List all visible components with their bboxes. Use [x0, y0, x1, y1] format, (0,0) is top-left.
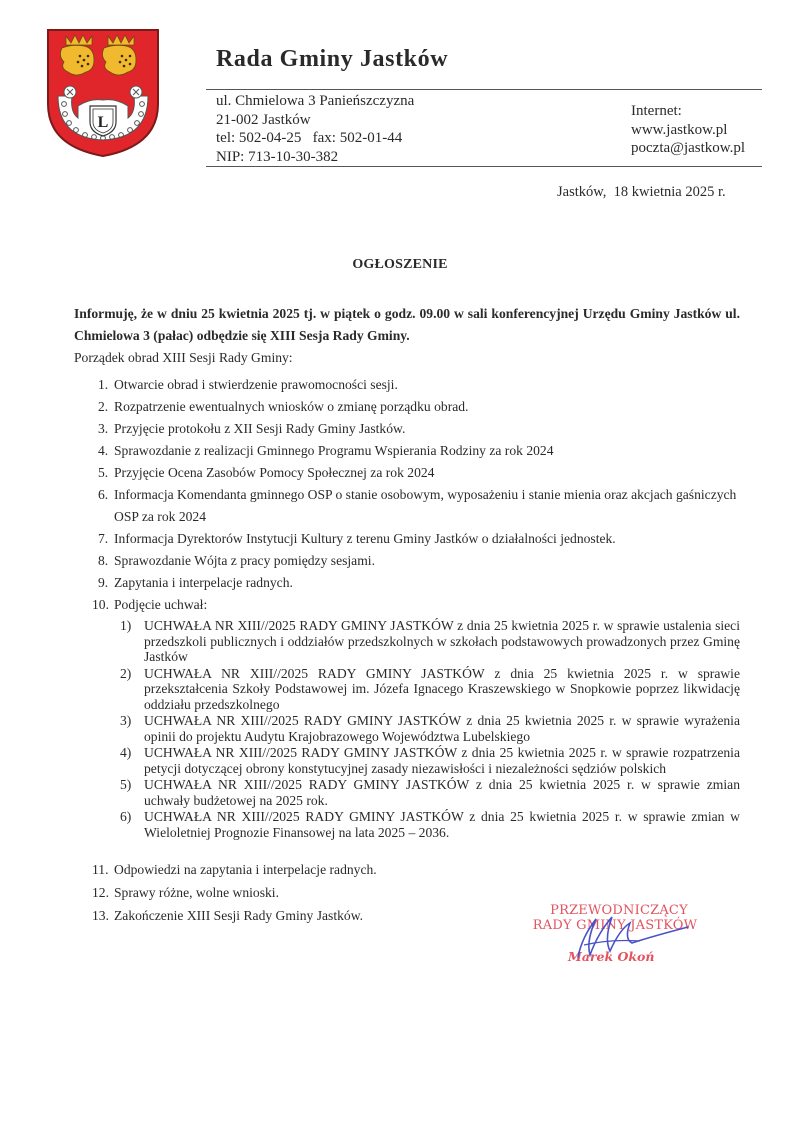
agenda-list: 1.Otwarcie obrad i stwierdzenie prawomoc…: [74, 374, 740, 841]
agenda-item: 5.Przyjęcie Ocena Zasobów Pomocy Społecz…: [74, 462, 740, 484]
agenda-item: 9.Zapytania i interpelacje radnych.: [74, 572, 740, 594]
coat-of-arms-icon: L: [44, 26, 162, 160]
contact-label: Internet:: [631, 102, 745, 121]
contact-block: Internet: www.jastkow.pl poczta@jastkow.…: [631, 102, 745, 158]
header-divider-bottom: [206, 166, 762, 167]
agenda-title: Porządek obrad XIII Sesji Rady Gminy:: [74, 350, 293, 366]
agenda-item: 8.Sprawozdanie Wójta z pracy pomiędzy se…: [74, 550, 740, 572]
address-block: ul. Chmielowa 3 Panieńszczyzna 21-002 Ja…: [216, 92, 414, 166]
resolution-item: 3)UCHWAŁA NR XIII//2025 RADY GMINY JASTK…: [114, 713, 740, 744]
address-phone: tel: 502-04-25 fax: 502-01-44: [216, 129, 414, 148]
agenda-item: 1.Otwarcie obrad i stwierdzenie prawomoc…: [74, 374, 740, 396]
address-street: ul. Chmielowa 3 Panieńszczyzna: [216, 92, 414, 111]
agenda-item: 3.Przyjęcie protokołu z XII Sesji Rady G…: [74, 418, 740, 440]
email-link[interactable]: poczta@jastkow.pl: [631, 139, 745, 158]
agenda-item: 10.Podjęcie uchwał:: [74, 594, 740, 616]
resolution-item: 1)UCHWAŁA NR XIII//2025 RADY GMINY JASTK…: [114, 618, 740, 665]
resolution-item: 5)UCHWAŁA NR XIII//2025 RADY GMINY JASTK…: [114, 777, 740, 808]
agenda-item: 6.Informacja Komendanta gminnego OSP o s…: [74, 484, 740, 528]
resolutions-list: 1)UCHWAŁA NR XIII//2025 RADY GMINY JASTK…: [114, 618, 740, 840]
website-link[interactable]: www.jastkow.pl: [631, 121, 745, 140]
document-heading: OGŁOSZENIE: [0, 257, 800, 273]
org-name: Rada Gminy Jastków: [216, 46, 448, 73]
agenda-item: 2.Rozpatrzenie ewentualnych wniosków o z…: [74, 396, 740, 418]
resolution-item: 6)UCHWAŁA NR XIII//2025 RADY GMINY JASTK…: [114, 809, 740, 840]
address-postal: 21-002 Jastków: [216, 111, 414, 130]
handwritten-signature-icon: [520, 899, 710, 974]
signature-stamp: PRZEWODNICZĄCY RADY GMINY JASTKÓW Marek …: [520, 899, 710, 974]
svg-text:L: L: [98, 114, 109, 131]
header-divider: [206, 89, 762, 90]
resolution-item: 2)UCHWAŁA NR XIII//2025 RADY GMINY JASTK…: [114, 666, 740, 713]
address-nip: NIP: 713-10-30-382: [216, 148, 414, 167]
agenda-item: 4.Sprawozdanie z realizacji Gminnego Pro…: [74, 440, 740, 462]
agenda-item: 7.Informacja Dyrektorów Instytucji Kultu…: [74, 528, 740, 550]
date-line: Jastków, 18 kwietnia 2025 r.: [557, 184, 726, 201]
resolution-item: 4)UCHWAŁA NR XIII//2025 RADY GMINY JASTK…: [114, 745, 740, 776]
agenda-item: 11.Odpowiedzi na zapytania i interpelacj…: [74, 858, 740, 881]
intro-paragraph: Informuję, że w dniu 25 kwietnia 2025 tj…: [74, 303, 740, 347]
